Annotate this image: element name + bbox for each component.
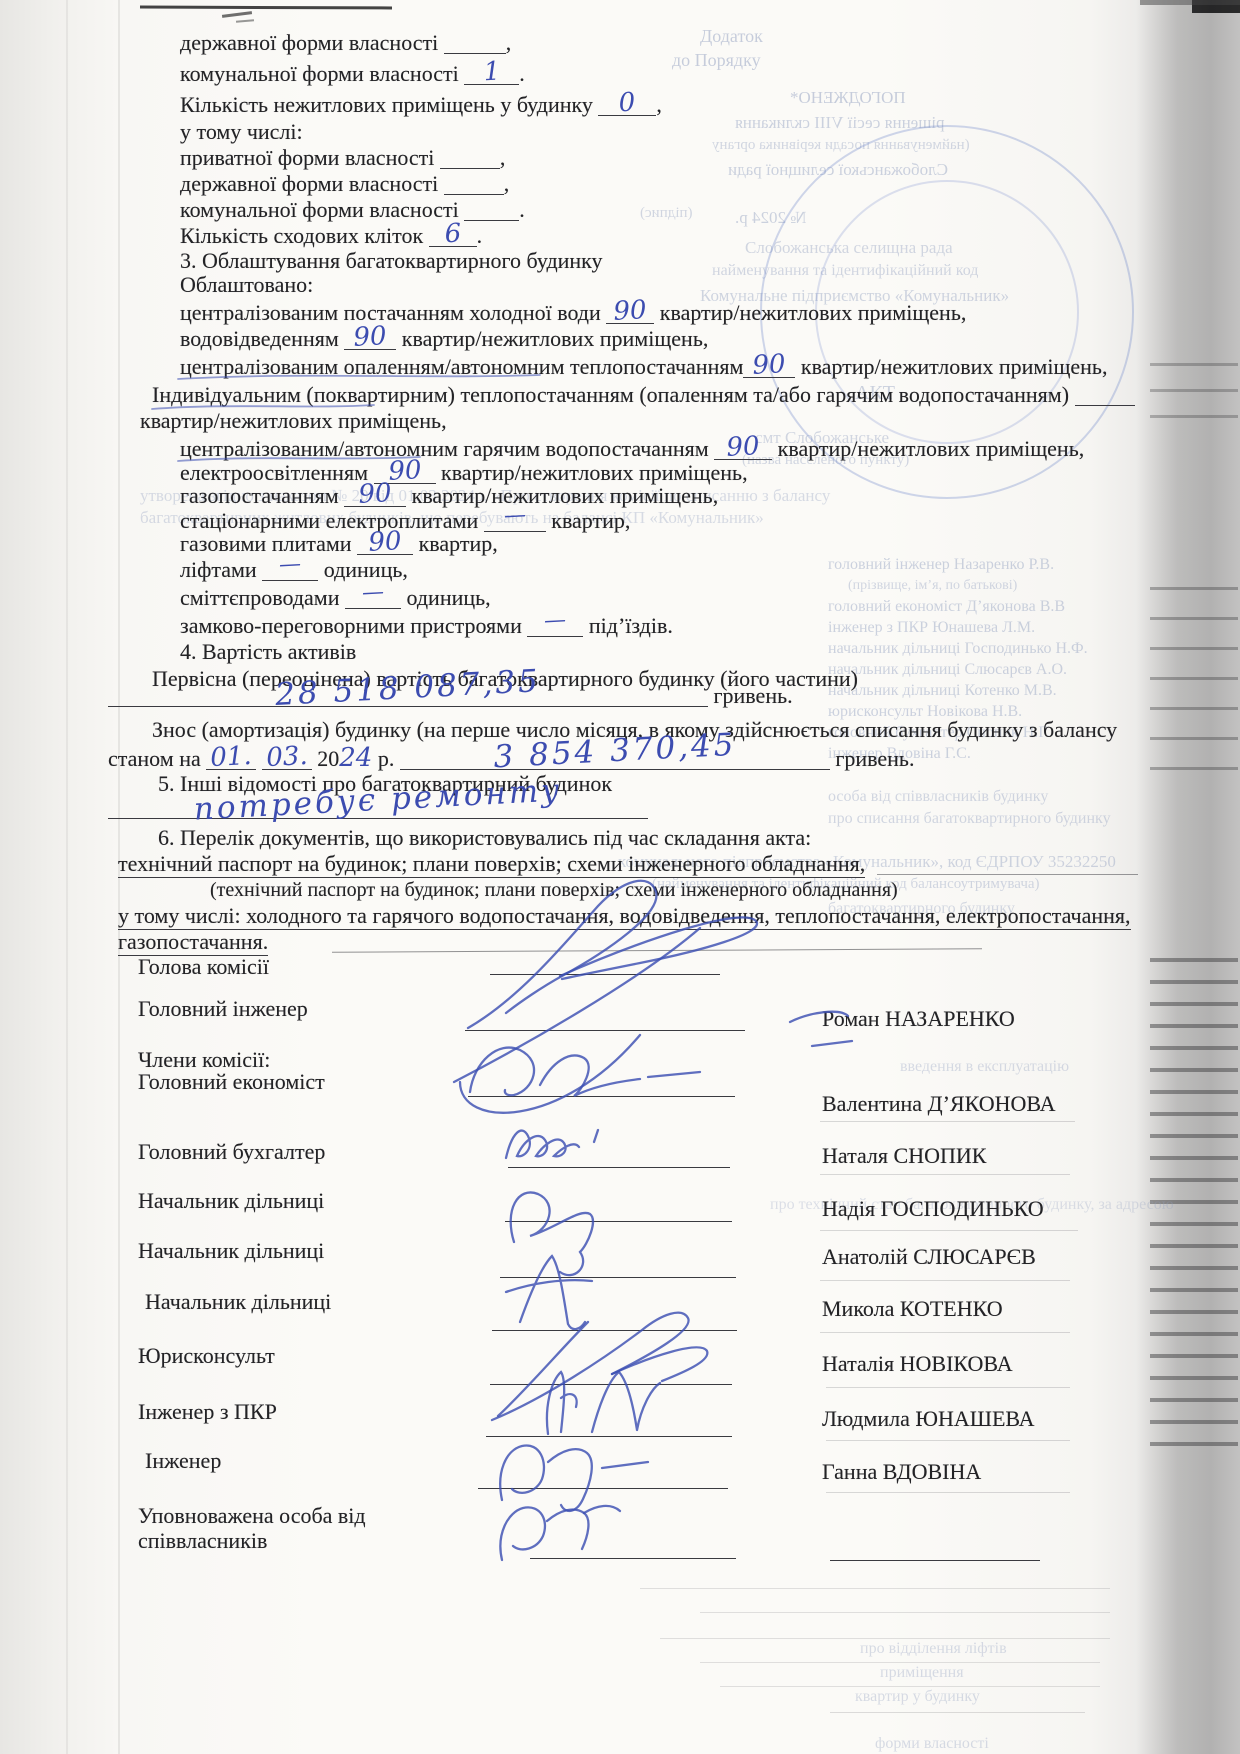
printed-text: державної форми власності	[180, 171, 444, 196]
document-line: централізованим опаленням/автономним теп…	[180, 355, 1107, 380]
signatory-name: Людмила ЮНАШЕВА	[822, 1407, 1035, 1432]
signature-stroke	[547, 1510, 588, 1549]
printed-text: централізованим/автономним гарячим водоп…	[180, 436, 714, 461]
bleedthrough-text: про списання багатоквартирного будинку	[828, 810, 1111, 828]
rule-line	[660, 1638, 1110, 1639]
bleedthrough-text: до Порядку	[672, 50, 761, 71]
document-line: централізованим/автономним гарячим водоп…	[180, 437, 1084, 462]
printed-text: .	[519, 61, 525, 86]
blank-field: 01.	[206, 748, 256, 770]
signatory-role: Начальник дільниці	[138, 1189, 324, 1214]
document-line: квартир/нежитлових приміщень,	[140, 409, 447, 434]
printed-text: ,	[500, 145, 506, 170]
signature-line	[490, 974, 720, 975]
printed-text: одиниць,	[401, 585, 491, 610]
scan-top-mark	[222, 11, 252, 18]
signature-stroke	[584, 1506, 620, 1513]
printed-text: одиниць,	[318, 557, 408, 582]
printed-text: Індивідуальним (поквартирним) теплопоста…	[152, 382, 1075, 407]
bleedthrough-text: (підпис)	[640, 205, 693, 222]
printed-text: станом на	[108, 746, 206, 771]
document-line: державної форми власності ,	[180, 31, 511, 56]
blank-field	[444, 173, 504, 195]
blank-field: 90	[344, 485, 406, 507]
signatory-name: Ганна ВДОВІНА	[822, 1460, 981, 1485]
document-line: газопостачанням 90 квартир/нежитлових пр…	[180, 484, 718, 509]
printed-text: 4. Вартість активів	[180, 639, 356, 664]
handwritten-value: 01.	[210, 742, 253, 773]
handwritten-value: 90	[368, 527, 403, 558]
document-line: у тому числі: холодного та гарячого водо…	[118, 904, 1131, 929]
blank-field	[440, 147, 500, 169]
printed-text: у тому числі: холодного та гарячого водо…	[118, 903, 1131, 930]
signatory-role: співвласників	[138, 1529, 267, 1554]
blank-field: 90	[606, 302, 654, 324]
rule-line	[826, 1492, 1070, 1493]
printed-text: замково-переговорними пристроями	[180, 613, 527, 638]
signature-line	[468, 1096, 735, 1097]
signatory-role: Головний бухгалтер	[138, 1140, 325, 1165]
handwritten-value: 90	[613, 296, 648, 327]
document-line: Облаштовано:	[180, 273, 313, 298]
printed-text: (технічний паспорт на будинок; плани пов…	[210, 879, 898, 901]
blank-field	[464, 199, 519, 221]
printed-text: державної форми власності	[180, 30, 444, 55]
document-line: технічний паспорт на будинок; плани пове…	[118, 852, 865, 877]
document-line: електроосвітленням 90 квартир/нежитлових…	[180, 461, 748, 486]
signature-stroke	[602, 1462, 648, 1468]
handwritten-value: 90	[726, 432, 761, 463]
printed-text: .	[519, 197, 525, 222]
document-line: 6. Перелік документів, що використовувал…	[158, 826, 811, 851]
signatory-role: Уповноважена особа від	[138, 1504, 366, 1529]
scan-top-mark	[236, 19, 254, 23]
printed-text: технічний паспорт на будинок; плани пове…	[118, 851, 865, 878]
bleedthrough-text: Додаток	[700, 26, 763, 47]
printed-text: квартир/нежитлових приміщень,	[772, 436, 1084, 461]
printed-text: водовідведенням	[180, 326, 344, 351]
signature-stroke	[500, 1507, 545, 1560]
signatory-role: Головний інженер	[138, 997, 308, 1022]
printed-text: 3. Облаштування багатоквартирного будинк…	[180, 248, 603, 273]
printed-text: квартир/нежитлових приміщень,	[140, 408, 447, 433]
handwritten-value: 03.	[265, 742, 308, 773]
document-line: замково-переговорними пристроями — під’ї…	[180, 614, 673, 639]
printed-text: ,	[506, 30, 512, 55]
printed-text: квартир/нежитлових приміщень,	[654, 300, 966, 325]
signature-stroke	[500, 1445, 544, 1500]
rule-line	[700, 1612, 1110, 1613]
bleedthrough-text: (прізвище, ім’я, по батькові)	[848, 578, 1017, 594]
signature-stroke	[548, 1449, 592, 1511]
handwritten-value: 24	[339, 743, 372, 773]
printed-text: квартир/нежитлових приміщень,	[795, 354, 1107, 379]
printed-text: газопостачання.	[118, 929, 268, 956]
scan-top-edge-line	[140, 6, 392, 10]
rule-line	[700, 1662, 1100, 1663]
document-line: 4. Вартість активів	[180, 640, 356, 665]
printed-text: квартир/нежитлових приміщень,	[436, 460, 748, 485]
scan-edge-crease	[66, 0, 68, 1754]
handwritten-dash: —	[361, 581, 384, 607]
document-line: державної форми власності ,	[180, 172, 509, 197]
rule-line	[820, 1174, 1070, 1175]
rule-line	[820, 1121, 1075, 1122]
bleedthrough-text: начальник дільниці Господинько Н.Ф.	[828, 640, 1088, 658]
document-line: Кількість сходових кліток 6.	[180, 224, 482, 249]
bleedthrough-text: особа від співвласників будинку	[828, 788, 1048, 806]
printed-text: ,	[504, 171, 510, 196]
signature-stroke	[594, 1130, 598, 1142]
document-line: станом на 01. 03. 2024 р. 3 854 370,45 г…	[108, 744, 914, 773]
bleedthrough-text: начальник дільниці Котенко М.В.	[828, 682, 1057, 700]
document-line: комунальної форми власності .	[180, 198, 525, 223]
rule-line	[826, 1387, 1070, 1388]
document-line: потребує ремонту	[108, 796, 648, 821]
document-line: Індивідуальним (поквартирним) теплопоста…	[152, 383, 1135, 408]
blank-field: —	[262, 559, 318, 581]
signature-line	[492, 1330, 737, 1331]
rule-line	[877, 874, 1138, 875]
bleedthrough-text: форми власності	[875, 1735, 989, 1753]
printed-text: квартир,	[413, 531, 498, 556]
signatory-role: Начальник дільниці	[138, 1239, 324, 1264]
signature-stroke	[540, 1056, 640, 1096]
handwritten-value: 0	[618, 88, 636, 118]
printed-text: гривень.	[708, 683, 793, 708]
signature-line	[490, 1384, 732, 1385]
bleedthrough-text: ПОГОДЖЕНО*	[790, 88, 906, 108]
printed-text: гривень.	[830, 746, 915, 771]
document-line: Кількість нежитлових приміщень у будинку…	[180, 93, 662, 118]
handwritten-value: 1	[483, 57, 501, 87]
document-line: стаціонарними електроплитами — квартир,	[180, 509, 630, 534]
handwritten-dash: —	[544, 609, 567, 635]
signatory-role: Юрисконсульт	[138, 1344, 275, 1369]
document-line: водовідведенням 90 квартир/нежитлових пр…	[180, 327, 708, 352]
signature-stroke	[492, 1313, 689, 1420]
blank-field: 03.	[262, 748, 312, 770]
signature-stroke	[506, 1256, 592, 1329]
signature-stroke	[592, 1372, 660, 1432]
document-line: 3. Облаштування багатоквартирного будинк…	[180, 249, 603, 274]
signatory-name: Валентина Д’ЯКОНОВА	[822, 1092, 1056, 1117]
printed-text: ліфтами	[180, 557, 262, 582]
blank-field: 0	[598, 94, 656, 116]
signature-stroke	[547, 1372, 577, 1434]
printed-text: централізованим постачанням холодної вод…	[180, 300, 606, 325]
document-line: газопостачання.	[118, 930, 268, 955]
scanned-document-page: Додатокдо ПорядкуПОГОДЖЕНО*рішення сесії…	[0, 0, 1240, 1754]
document-line: у тому числі:	[180, 120, 303, 145]
bleedthrough-text: про відділення ліфтів	[860, 1640, 1007, 1658]
signatory-role: Начальник дільниці	[145, 1290, 331, 1315]
printed-text: .	[477, 223, 483, 248]
spine-page-stripes	[1150, 560, 1238, 790]
document-line: централізованим постачанням холодної вод…	[180, 301, 966, 326]
printed-text: електроосвітленням	[180, 460, 374, 485]
bleedthrough-text: головний інженер Назаренко Р.В.	[828, 556, 1054, 574]
printed-text: квартир/нежитлових приміщень,	[396, 326, 708, 351]
bleedthrough-text: начальник дільниці Слюсарєв А.О.	[828, 661, 1067, 679]
signatory-role: Інженер	[145, 1449, 221, 1474]
signature-stroke	[511, 1192, 593, 1275]
signature-line	[465, 1030, 745, 1031]
document-line: приватної форми власності ,	[180, 146, 505, 171]
printed-text: 20	[312, 746, 340, 771]
handwritten-dash: —	[503, 504, 526, 530]
blank-field: 28 518 087,35	[108, 685, 708, 707]
handwritten-value: 6	[444, 219, 462, 249]
rule-line	[820, 1280, 1070, 1281]
blank-field: потребує ремонту	[108, 797, 648, 819]
blank-field	[1075, 384, 1135, 406]
blank-field: 90	[714, 438, 772, 460]
printed-text: Облаштовано:	[180, 272, 313, 297]
signatory-role: Голова комісії	[138, 955, 269, 980]
printed-text: комунальної форми власності	[180, 197, 464, 222]
printed-text: квартир,	[546, 508, 631, 533]
blank-field: 6	[429, 225, 477, 247]
rule-line	[720, 1686, 1100, 1687]
printed-text: сміттєпроводами	[180, 585, 345, 610]
printed-text: централізованим опаленням/автономним теп…	[180, 354, 743, 379]
bleedthrough-text: приміщення	[880, 1664, 964, 1682]
printed-text: приватної форми власності	[180, 145, 440, 170]
document-line: 28 518 087,35 гривень.	[108, 684, 793, 709]
signatory-role: Інженер з ПКР	[138, 1400, 277, 1425]
printed-text: квартир/нежитлових приміщень,	[406, 483, 718, 508]
blank-field: 90	[344, 328, 396, 350]
bleedthrough-text: інженер з ПКР Юнашева Л.М.	[828, 619, 1035, 637]
signature-stroke	[460, 1035, 640, 1113]
rule-line	[640, 1588, 1110, 1589]
rule-line	[826, 1440, 1070, 1441]
signature-line	[508, 1167, 730, 1168]
signature-line	[486, 1436, 732, 1437]
signatory-name: Роман НАЗАРЕНКО	[822, 1007, 1015, 1032]
handwritten-value: 90	[353, 322, 388, 353]
rule-line	[820, 1230, 1078, 1231]
printed-text: у тому числі:	[180, 119, 303, 144]
bleedthrough-text: введення в експлуатацію	[900, 1058, 1069, 1076]
signature-line	[530, 1558, 736, 1559]
printed-text: р.	[372, 746, 400, 771]
rule-line	[830, 1560, 1040, 1561]
document-line: газовими плитами 90 квартир,	[180, 532, 498, 557]
blank-field: —	[484, 510, 546, 532]
rule-line	[830, 1712, 1085, 1713]
handwritten-value: 90	[358, 479, 393, 510]
blank-field: —	[527, 615, 583, 637]
printed-text: стаціонарними електроплитами	[180, 508, 484, 533]
blank-field: 90	[743, 356, 795, 378]
page-spine	[1136, 0, 1240, 1754]
bleedthrough-text: квартир у будинку	[855, 1688, 980, 1706]
signatory-name: Анатолій СЛЮСАРЄВ	[822, 1245, 1036, 1270]
signatory-name: Микола КОТЕНКО	[822, 1297, 1003, 1322]
signature-stroke	[498, 1322, 588, 1416]
signature-stroke	[648, 1072, 700, 1077]
printed-text: 6. Перелік документів, що використовувал…	[158, 825, 811, 850]
printed-text: Кількість нежитлових приміщень у будинку	[180, 92, 598, 117]
printed-text: комунальної форми власності	[180, 61, 464, 86]
bleedthrough-text: головний економіст Д’яконова В.В	[828, 598, 1065, 616]
printed-text: під’їздів.	[583, 613, 673, 638]
signature-line	[478, 1488, 728, 1489]
signature-stroke	[612, 1347, 707, 1381]
signature-stroke	[470, 1048, 534, 1096]
document-line: комунальної форми власності 1.	[180, 62, 525, 87]
printed-text: Кількість сходових кліток	[180, 223, 429, 248]
blank-field: 3 854 370,45	[400, 748, 830, 770]
signature-stroke	[506, 1131, 579, 1158]
document-line: сміттєпроводами — одиниць,	[180, 586, 491, 611]
printed-text: ,	[656, 92, 662, 117]
signatory-name: Наталя СНОПИК	[822, 1144, 986, 1169]
handwritten-dash: —	[279, 553, 302, 579]
rule-line	[820, 1332, 1070, 1333]
signatory-name: Наталія НОВІКОВА	[822, 1352, 1013, 1377]
printed-text: газопостачанням	[180, 483, 344, 508]
printed-text: газовими плитами	[180, 531, 357, 556]
spine-page-stripes	[1150, 340, 1238, 440]
signature-line	[500, 1277, 736, 1278]
blank-field: 1	[464, 63, 519, 85]
blank-field: 90	[357, 533, 413, 555]
signature-line	[505, 1221, 732, 1222]
rule-line	[332, 948, 982, 952]
signatory-name: Надія ГОСПОДИНЬКО	[822, 1197, 1044, 1222]
signatory-role: Головний економіст	[138, 1070, 325, 1095]
blank-field	[444, 32, 506, 54]
handwritten-value: 90	[752, 350, 787, 381]
document-line: (технічний паспорт на будинок; плани пов…	[210, 879, 898, 901]
blank-field: —	[345, 587, 401, 609]
